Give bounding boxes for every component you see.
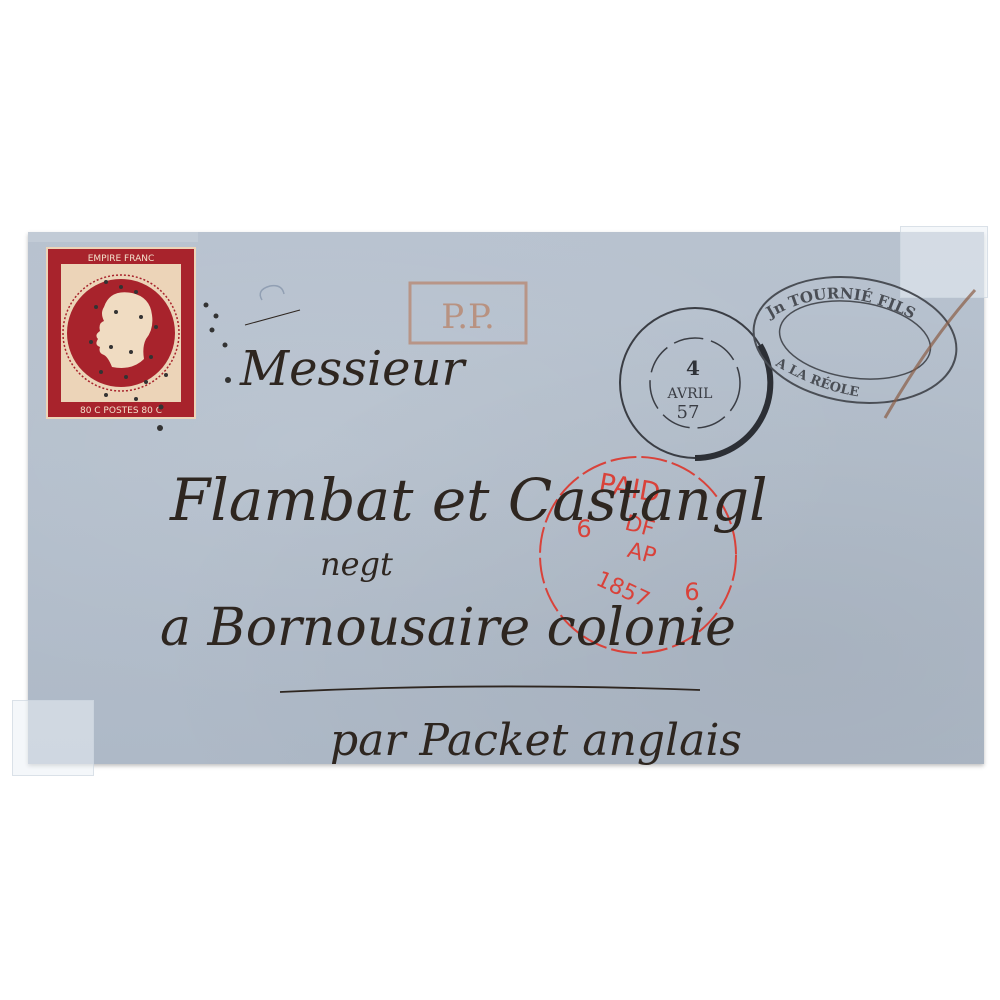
address-line-title: negt — [320, 545, 393, 583]
french-cds-day: 4 — [686, 356, 700, 380]
address-line-destination: a Bornousaire colonie — [160, 598, 736, 658]
svg-text:Jn TOURNIÉ FILS: Jn TOURNIÉ FILS — [761, 284, 918, 322]
markings-layer: P.P. 4 AVRIL 57 Jn TOURNIÉ FILS A LA RÉO… — [0, 0, 1000, 1000]
french-datestamp: 4 AVRIL 57 — [620, 308, 770, 458]
merchant-cachet: Jn TOURNIÉ FILS A LA RÉOLE — [745, 264, 964, 415]
pp-text: P.P. — [441, 297, 495, 337]
french-cds-month: AVRIL — [667, 386, 713, 402]
address-line-routing: par Packet anglais — [330, 715, 742, 766]
pp-handstamp: P.P. — [410, 283, 526, 343]
cachet-top-text: Jn TOURNIÉ FILS — [761, 284, 918, 322]
french-cds-year: 57 — [677, 402, 700, 423]
address-line-addressee: Flambat et Castangl — [169, 466, 768, 534]
paid-month: AP — [625, 538, 659, 569]
address-line-salutation: Messieur — [239, 341, 467, 397]
